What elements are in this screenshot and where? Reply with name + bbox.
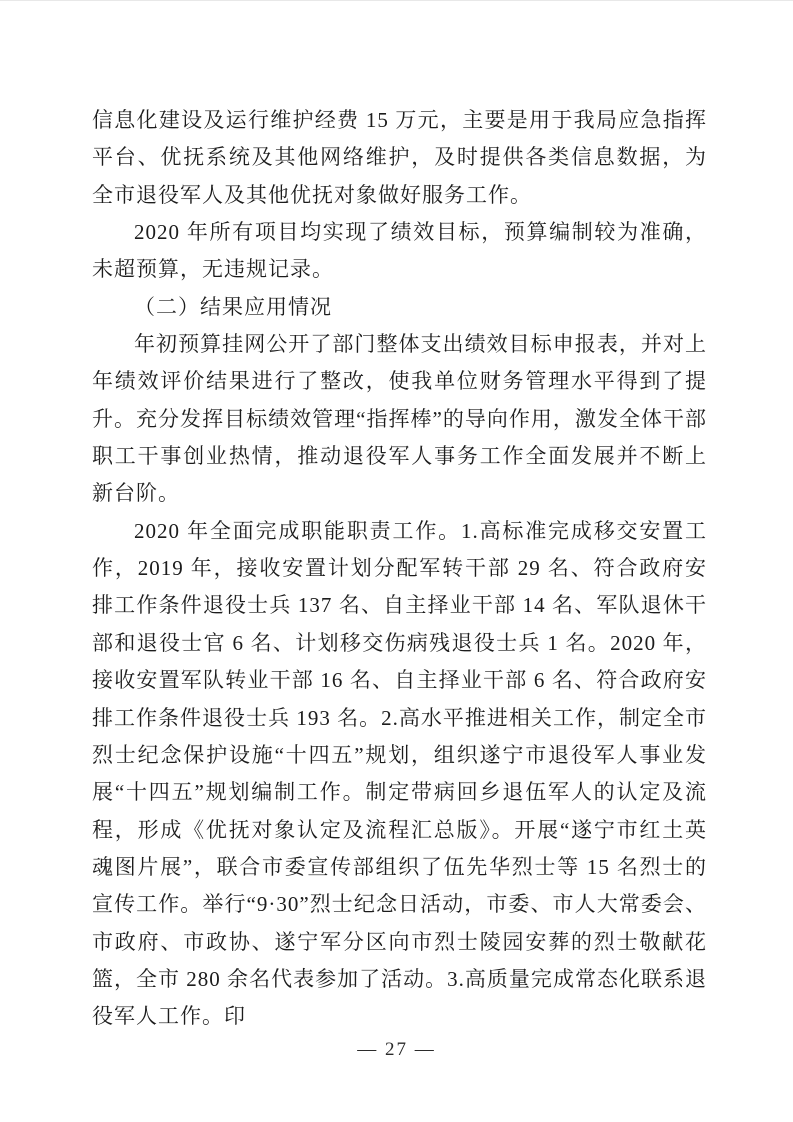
document-page: 信息化建设及运行维护经费 15 万元，主要是用于我局应急指挥平台、优抚系统及其他…	[0, 0, 793, 1122]
paragraph: 2020 年全面完成职能职责工作。1.高标准完成移交安置工作，2019 年，接收…	[92, 513, 707, 1036]
page-footer: — 27 —	[0, 1039, 793, 1061]
page-number: — 27 —	[357, 1039, 436, 1060]
paragraph: 2020 年所有项目均实现了绩效目标，预算编制较为准确，未超预算，无违规记录。	[92, 214, 707, 289]
paragraph-continuation: 信息化建设及运行维护经费 15 万元，主要是用于我局应急指挥平台、优抚系统及其他…	[92, 102, 707, 214]
section-subheading: （二）结果应用情况	[92, 289, 707, 326]
document-body: 信息化建设及运行维护经费 15 万元，主要是用于我局应急指挥平台、优抚系统及其他…	[92, 102, 707, 1036]
paragraph: 年初预算挂网公开了部门整体支出绩效目标申报表，并对上年绩效评价结果进行了整改，使…	[92, 326, 707, 513]
